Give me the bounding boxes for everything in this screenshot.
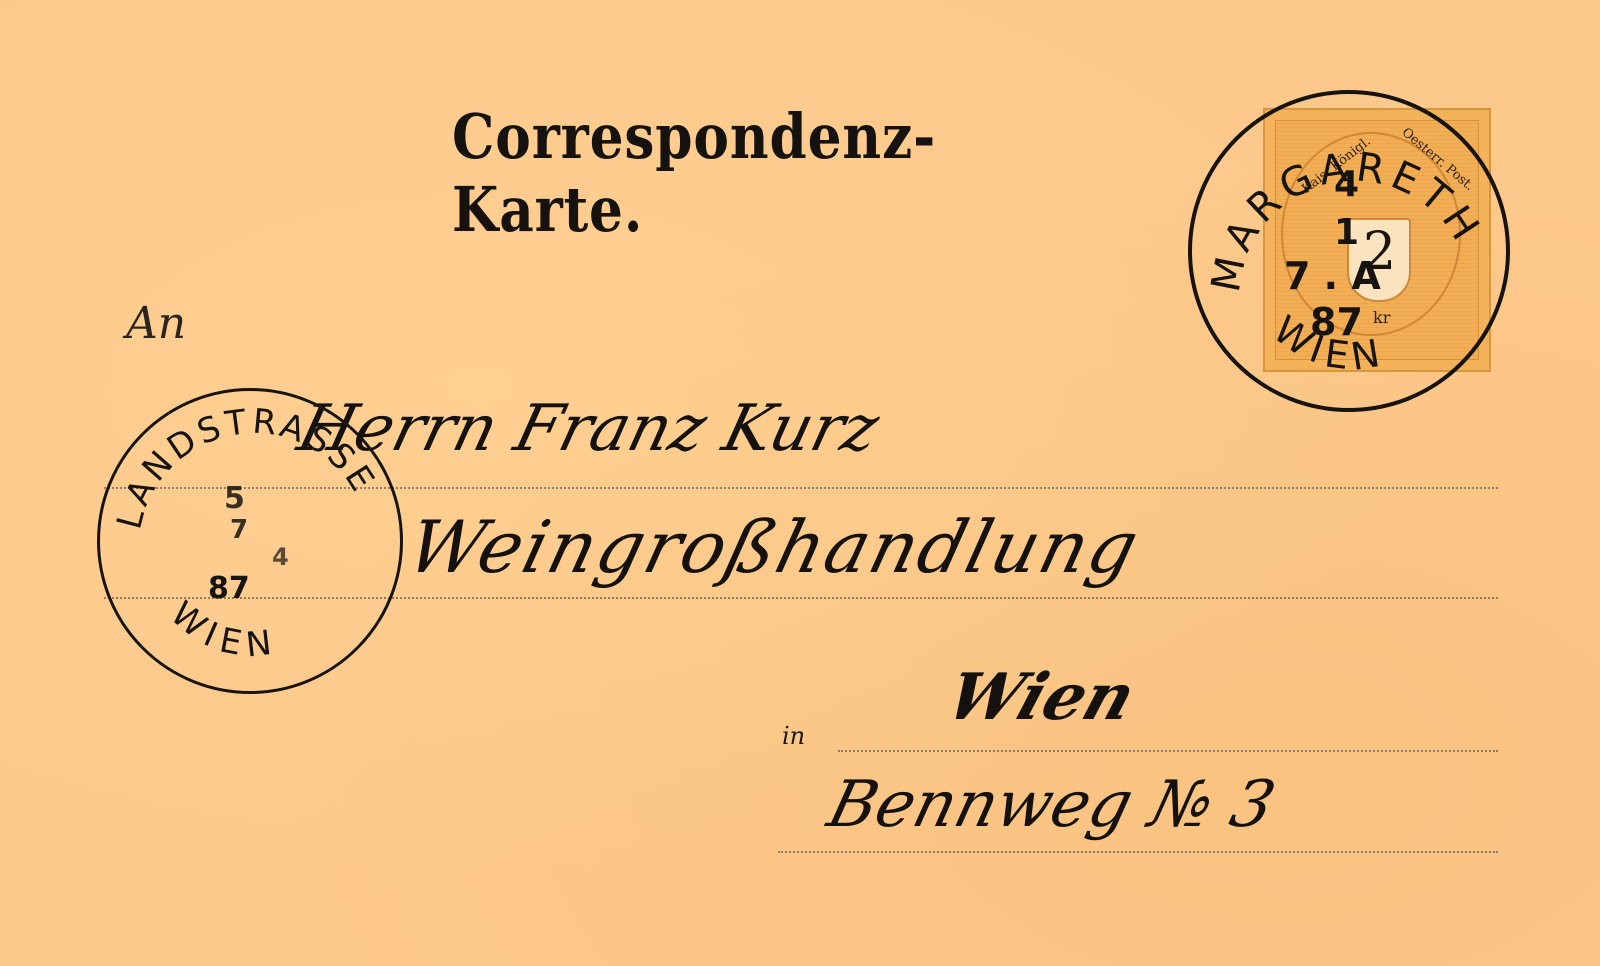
- address-line-4-rule: [778, 851, 1498, 853]
- postmark-date-day: 5: [224, 481, 245, 516]
- salutation-label: An: [126, 298, 186, 349]
- postmark-landstrasse: LANDSTRASSE WIEN 5 7 4 87: [97, 388, 403, 694]
- card-title: Correspondenz-Karte.: [452, 118, 1002, 228]
- address-line-3-rule: [838, 750, 1498, 752]
- city-prefix-label: in: [782, 722, 805, 750]
- postmark-ring-text: LANDSTRASSE WIEN: [100, 391, 400, 691]
- postmark-date-month: 1: [1334, 212, 1359, 253]
- postmark-margarethen: MARGARETHEN WIEN 4 1 7 . A 87: [1188, 90, 1510, 412]
- postcard: Correspondenz-Karte. An in Herrn Franz K…: [0, 0, 1600, 966]
- postmark-date-time: 7 . A: [1284, 254, 1381, 298]
- svg-text:LANDSTRASSE: LANDSTRASSE: [109, 402, 383, 534]
- recipient-street: Bennweg № 3: [821, 768, 1282, 842]
- postmark-date-year: 87: [1310, 300, 1363, 344]
- recipient-city: Wien: [938, 660, 1145, 735]
- postmark-date-year: 87: [208, 571, 250, 606]
- recipient-business: Weingroßhandlung: [400, 505, 1149, 589]
- postmark-date-day: 4: [1334, 164, 1359, 205]
- postmark-date-month: 7: [230, 515, 248, 545]
- postmark-date-hour: 4: [272, 543, 289, 571]
